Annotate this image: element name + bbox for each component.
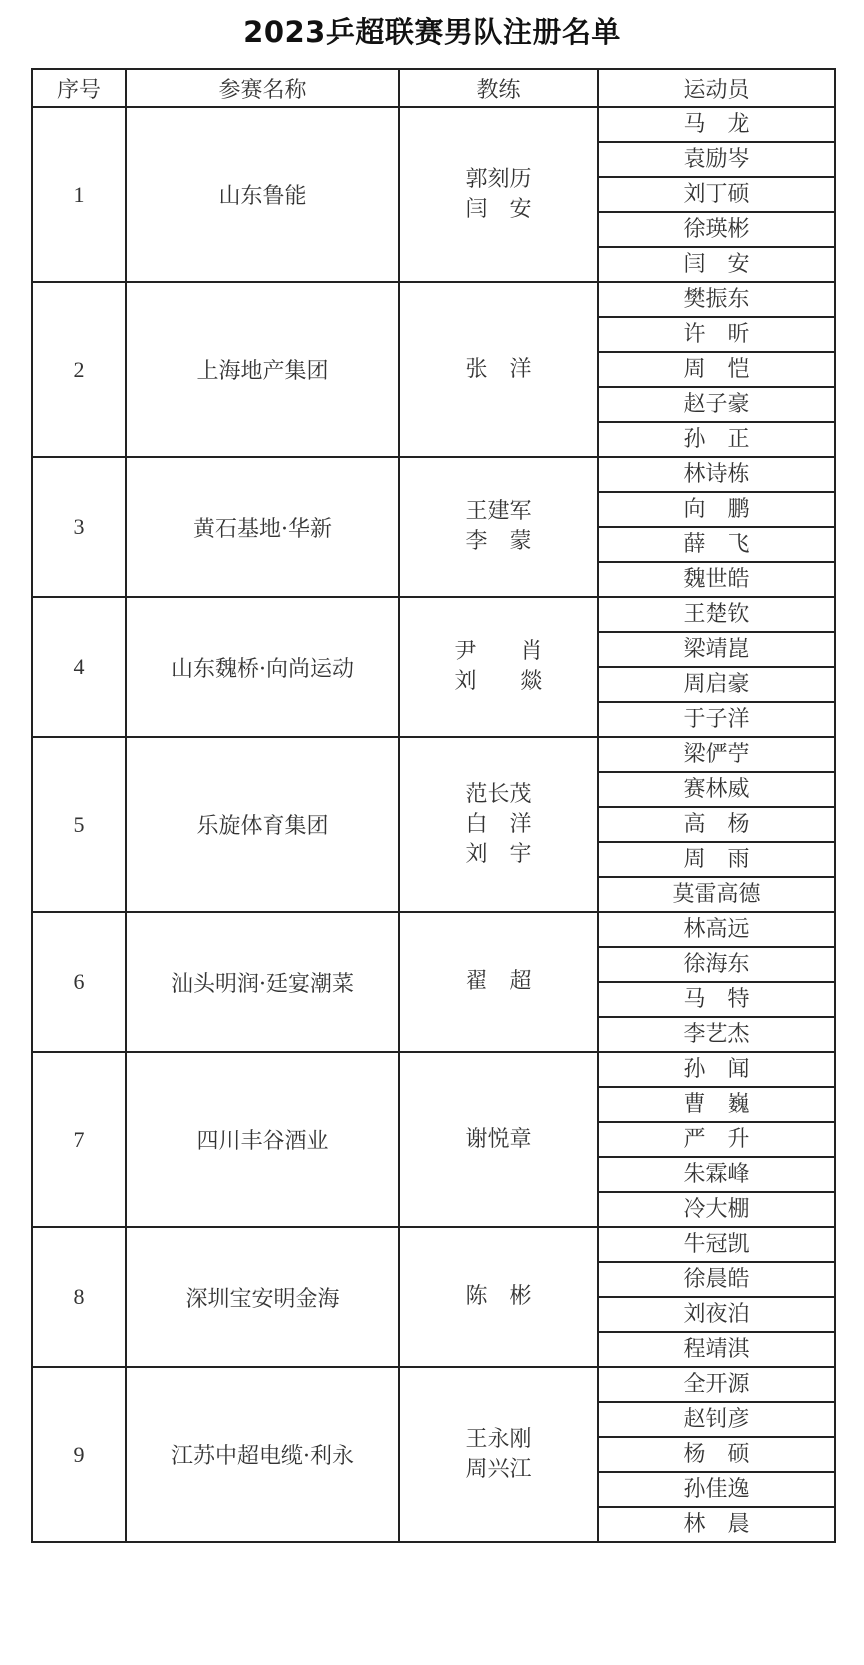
player-name: 高 杨	[598, 807, 835, 842]
player-name: 冷大棚	[598, 1192, 835, 1227]
player-name: 周 恺	[598, 352, 835, 387]
player-name: 曹 巍	[598, 1087, 835, 1122]
player-name: 林高远	[598, 912, 835, 947]
player-name: 李艺杰	[598, 1017, 835, 1052]
coach-name: 郭刻历	[400, 165, 597, 195]
player-name: 莫雷高德	[598, 877, 835, 912]
header-team-name: 参赛名称	[126, 69, 399, 107]
coach-name: 王永刚	[400, 1425, 597, 1455]
team-name: 深圳宝安明金海	[126, 1227, 399, 1367]
document-title: 2023乒超联赛男队注册名单	[0, 12, 864, 52]
coach-name: 李 蒙	[400, 527, 597, 557]
roster-table: 序号 参赛名称 教练 运动员 1山东鲁能郭刻历闫 安马 龙袁励岑刘丁硕徐瑛彬闫 …	[31, 68, 836, 1543]
coach-name: 闫 安	[400, 195, 597, 225]
header-players: 运动员	[598, 69, 835, 107]
player-name: 梁俨苧	[598, 737, 835, 772]
coach-name: 张 洋	[400, 355, 597, 385]
player-name: 徐瑛彬	[598, 212, 835, 247]
player-name: 全开源	[598, 1367, 835, 1402]
player-name: 周启豪	[598, 667, 835, 702]
table-row: 7四川丰谷酒业谢悦章孙 闻	[32, 1052, 835, 1087]
player-name: 徐海东	[598, 947, 835, 982]
team-name: 四川丰谷酒业	[126, 1052, 399, 1227]
team-name: 黄石基地·华新	[126, 457, 399, 597]
player-name: 孙佳逸	[598, 1472, 835, 1507]
team-number: 6	[32, 912, 126, 1052]
player-name: 徐晨皓	[598, 1262, 835, 1297]
coach-name: 翟 超	[400, 967, 597, 997]
coach-name: 范长茂	[400, 780, 597, 810]
coach-name: 刘 燚	[400, 667, 597, 697]
player-name: 程靖淇	[598, 1332, 835, 1367]
coach-name: 谢悦章	[400, 1125, 597, 1155]
player-name: 赵钊彦	[598, 1402, 835, 1437]
team-number: 1	[32, 107, 126, 282]
team-coaches: 郭刻历闫 安	[399, 107, 598, 282]
table-row: 8深圳宝安明金海陈 彬牛冠凯	[32, 1227, 835, 1262]
table-row: 2上海地产集团张 洋樊振东	[32, 282, 835, 317]
player-name: 孙 闻	[598, 1052, 835, 1087]
table-row: 1山东鲁能郭刻历闫 安马 龙	[32, 107, 835, 142]
player-name: 林诗栋	[598, 457, 835, 492]
team-name: 江苏中超电缆·利永	[126, 1367, 399, 1542]
table-row: 5乐旋体育集团范长茂白 洋刘 宇梁俨苧	[32, 737, 835, 772]
team-coaches: 尹 肖刘 燚	[399, 597, 598, 737]
team-number: 8	[32, 1227, 126, 1367]
player-name: 薛 飞	[598, 527, 835, 562]
team-coaches: 谢悦章	[399, 1052, 598, 1227]
player-name: 刘夜泊	[598, 1297, 835, 1332]
player-name: 于子洋	[598, 702, 835, 737]
team-name: 上海地产集团	[126, 282, 399, 457]
player-name: 牛冠凯	[598, 1227, 835, 1262]
player-name: 袁励岑	[598, 142, 835, 177]
coach-name: 白 洋	[400, 810, 597, 840]
player-name: 魏世皓	[598, 562, 835, 597]
player-name: 王楚钦	[598, 597, 835, 632]
header-number: 序号	[32, 69, 126, 107]
table-row: 4山东魏桥·向尚运动尹 肖刘 燚王楚钦	[32, 597, 835, 632]
team-coaches: 王永刚周兴江	[399, 1367, 598, 1542]
player-name: 樊振东	[598, 282, 835, 317]
team-name: 乐旋体育集团	[126, 737, 399, 912]
player-name: 向 鹏	[598, 492, 835, 527]
team-number: 5	[32, 737, 126, 912]
team-name: 汕头明润·廷宴潮菜	[126, 912, 399, 1052]
coach-name: 周兴江	[400, 1455, 597, 1485]
player-name: 马 特	[598, 982, 835, 1017]
player-name: 周 雨	[598, 842, 835, 877]
team-number: 9	[32, 1367, 126, 1542]
team-number: 3	[32, 457, 126, 597]
player-name: 杨 硕	[598, 1437, 835, 1472]
coach-name: 王建军	[400, 497, 597, 527]
coach-name: 陈 彬	[400, 1282, 597, 1312]
team-coaches: 张 洋	[399, 282, 598, 457]
player-name: 严 升	[598, 1122, 835, 1157]
coach-name: 刘 宇	[400, 840, 597, 870]
team-name: 山东魏桥·向尚运动	[126, 597, 399, 737]
team-name: 山东鲁能	[126, 107, 399, 282]
player-name: 孙 正	[598, 422, 835, 457]
player-name: 朱霖峰	[598, 1157, 835, 1192]
table-row: 6汕头明润·廷宴潮菜翟 超林高远	[32, 912, 835, 947]
player-name: 赵子豪	[598, 387, 835, 422]
team-coaches: 王建军李 蒙	[399, 457, 598, 597]
team-number: 2	[32, 282, 126, 457]
header-coach: 教练	[399, 69, 598, 107]
team-number: 7	[32, 1052, 126, 1227]
team-coaches: 陈 彬	[399, 1227, 598, 1367]
player-name: 闫 安	[598, 247, 835, 282]
player-name: 赛林威	[598, 772, 835, 807]
table-row: 3黄石基地·华新王建军李 蒙林诗栋	[32, 457, 835, 492]
header-row: 序号 参赛名称 教练 运动员	[32, 69, 835, 107]
table-row: 9江苏中超电缆·利永王永刚周兴江全开源	[32, 1367, 835, 1402]
player-name: 刘丁硕	[598, 177, 835, 212]
team-coaches: 范长茂白 洋刘 宇	[399, 737, 598, 912]
roster-body: 1山东鲁能郭刻历闫 安马 龙袁励岑刘丁硕徐瑛彬闫 安2上海地产集团张 洋樊振东许…	[32, 107, 835, 1542]
player-name: 马 龙	[598, 107, 835, 142]
team-number: 4	[32, 597, 126, 737]
player-name: 林 晨	[598, 1507, 835, 1542]
coach-name: 尹 肖	[400, 637, 597, 667]
player-name: 许 昕	[598, 317, 835, 352]
team-coaches: 翟 超	[399, 912, 598, 1052]
player-name: 梁靖崑	[598, 632, 835, 667]
